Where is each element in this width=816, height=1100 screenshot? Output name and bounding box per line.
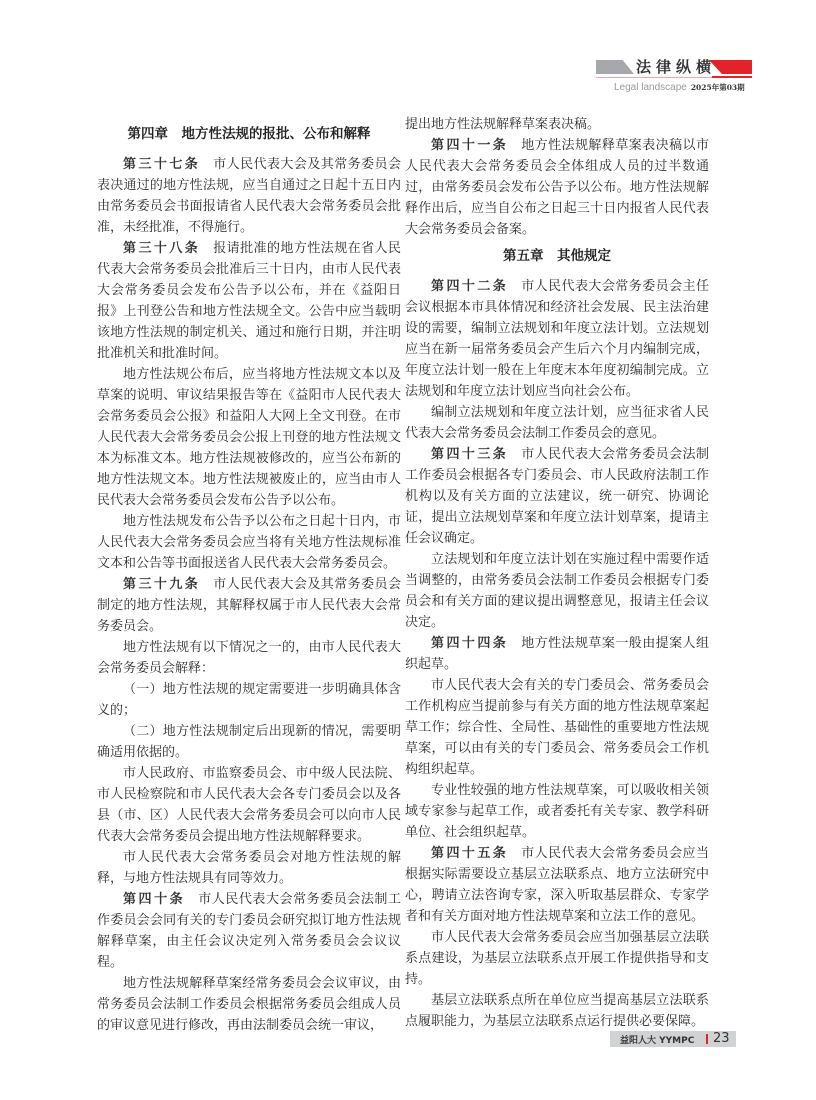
- article-text: 市人民代表大会常务委员会主任会议根据本市具体情况和经济社会发展、民主法治建设的需…: [405, 279, 709, 399]
- header-red-underline: [712, 76, 752, 78]
- paragraph: （二）地方性法规制定后出现新的情况，需要明确适用依据的。: [97, 721, 401, 763]
- chapter-4-title: 第四章 地方性法规的报批、公布和解释: [97, 124, 401, 145]
- right-body-top: 提出地方性法规解释草案表决稿。 第四十一条地方性法规解释草案表决稿以市人民代表大…: [405, 114, 709, 240]
- article-label: 第四十条: [123, 892, 185, 907]
- article-39: 第三十九条市人民代表大会及其常务委员会制定的地方性法规，其解释权属于市人民代表大…: [97, 574, 401, 637]
- page-number: 23: [713, 1031, 730, 1046]
- header-gray-bar: [596, 60, 634, 74]
- paragraph-continued: 提出地方性法规解释草案表决稿。: [405, 114, 709, 135]
- paragraph: 基层立法联系点所在单位应当提高基层立法联系点履职能力，为基层立法联系点运行提供必…: [405, 990, 709, 1032]
- subtitle-text: Legal landscape: [614, 82, 687, 93]
- paragraph: 地方性法规解释草案经常务委员会会议审议，由常务委员会法制工作委员会根据常务委员会…: [97, 973, 401, 1036]
- header-subtitle: Legal landscape2025年第03期: [614, 82, 745, 93]
- paragraph: 地方性法规有以下情况之一的，由市人民代表大会常务委员会解释：: [97, 637, 401, 679]
- paragraph: 立法规划和年度立法计划在实施过程中需要作适当调整的，由常务委员会法制工作委员会根…: [405, 549, 709, 633]
- article-43: 第四十三条市人民代表大会常务委员会法制工作委员会根据各专门委员会、市人民政府法制…: [405, 444, 709, 549]
- article-label: 第四十四条: [431, 636, 508, 651]
- article-label: 第四十五条: [431, 846, 508, 861]
- section-title: 法律纵横: [636, 56, 716, 77]
- article-38: 第三十八条报请批准的地方性法规在省人民代表大会常务委员会批准后三十日内，由市人民…: [97, 238, 401, 364]
- page-footer: 益阳人大 YYMPC 23: [610, 1031, 736, 1047]
- paragraph: 地方性法规公布后，应当将地方性法规文本以及草案的说明、审议结果报告等在《益阳市人…: [97, 364, 401, 511]
- paragraph: 地方性法规发布公告予以公布之日起十日内，市人民代表大会常务委员会应当将有关地方性…: [97, 511, 401, 574]
- paragraph: 市人民代表大会常务委员会对地方性法规的解释，与地方性法规具有同等效力。: [97, 847, 401, 889]
- article-label: 第四十三条: [431, 447, 508, 462]
- article-44: 第四十四条地方性法规草案一般由提案人组织起草。: [405, 633, 709, 675]
- issue-number: 2025年第03期: [691, 83, 745, 92]
- article-45: 第四十五条市人民代表大会常务委员会应当根据实际需要设立基层立法联系点、地方立法研…: [405, 843, 709, 927]
- paragraph: 专业性较强的地方性法规草案，可以吸收相关领域专家参与起草工作，或者委托有关专家、…: [405, 780, 709, 843]
- article-label: 第三十八条: [123, 241, 200, 256]
- article-label: 第四十一条: [431, 138, 508, 153]
- article-text: 报请批准的地方性法规在省人民代表大会常务委员会批准后三十日内，由市人民代表大会常…: [97, 241, 401, 361]
- paragraph: 市人民代表大会常务委员会应当加强基层立法联系点建设，为基层立法联系点开展工作提供…: [405, 927, 709, 990]
- footer-red-bar: [706, 1034, 708, 1044]
- left-body: 第三十七条市人民代表大会及其常务委员会表决通过的地方性法规，应当自通过之日起十五…: [97, 154, 401, 1036]
- article-37: 第三十七条市人民代表大会及其常务委员会表决通过的地方性法规，应当自通过之日起十五…: [97, 154, 401, 238]
- article-40: 第四十条市人民代表大会常务委员会法制工作委员会会同有关的专门委员会研究拟订地方性…: [97, 889, 401, 973]
- paragraph: 市人民政府、市监察委员会、市中级人民法院、市人民检察院和市人民代表大会各专门委员…: [97, 763, 401, 847]
- article-41: 第四十一条地方性法规解释草案表决稿以市人民代表大会常务委员会全体组成人员的过半数…: [405, 135, 709, 240]
- chapter-5-title: 第五章 其他规定: [405, 246, 709, 267]
- article-label: 第四十二条: [431, 279, 508, 294]
- paragraph: （一）地方性法规的规定需要进一步明确具体含义的；: [97, 679, 401, 721]
- article-label: 第三十九条: [123, 577, 200, 592]
- article-label: 第三十七条: [123, 157, 200, 172]
- publication-name: 益阳人大 YYMPC: [620, 1033, 694, 1046]
- page-header: 法律纵横 Legal landscape2025年第03期: [596, 56, 756, 96]
- paragraph: 市人民代表大会有关的专门委员会、常务委员会工作机构应当提前参与有关方面的地方性法…: [405, 675, 709, 780]
- paragraph: 编制立法规划和年度立法计划，应当征求省人民代表大会常务委员会法制工作委员会的意见…: [405, 402, 709, 444]
- right-body: 第四十二条市人民代表大会常务委员会主任会议根据本市具体情况和经济社会发展、民主法…: [405, 276, 709, 1032]
- article-42: 第四十二条市人民代表大会常务委员会主任会议根据本市具体情况和经济社会发展、民主法…: [405, 276, 709, 402]
